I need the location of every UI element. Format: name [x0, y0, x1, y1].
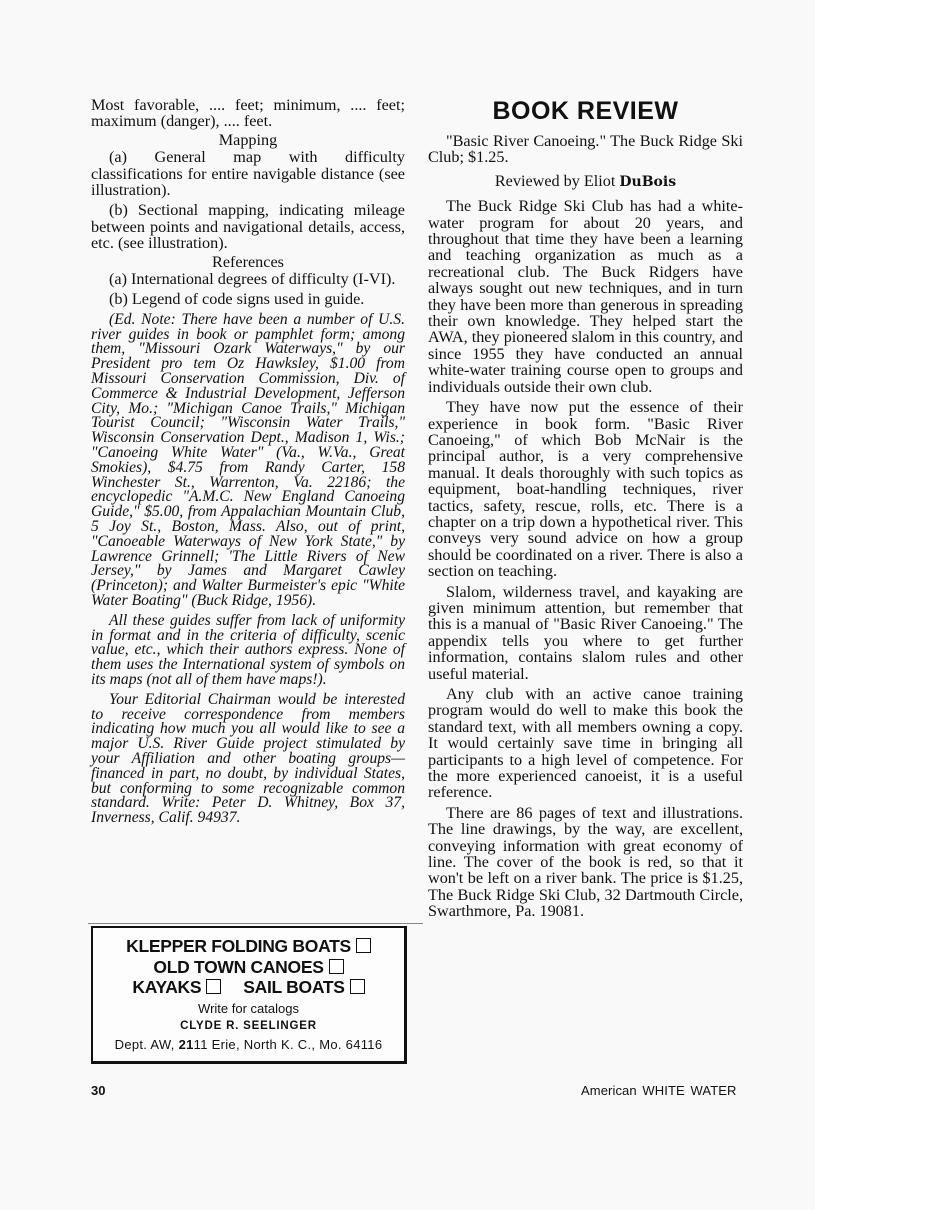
checkbox-icon: [329, 959, 344, 974]
references-item-a: (a) International degrees of difficulty …: [91, 271, 405, 287]
checkbox-icon: [356, 938, 371, 953]
ad-call-to-action: Write for catalogs: [93, 1000, 404, 1017]
page-number: 30: [91, 1083, 105, 1098]
mapping-item-a: (a) General map with difficulty classifi…: [91, 149, 405, 198]
mapping-item-b: (b) Sectional mapping, indicating mileag…: [91, 202, 405, 251]
review-paragraph: Any club with an active canoe training p…: [428, 686, 743, 801]
magazine-page: Most favorable, .... feet; minimum, ....…: [0, 0, 815, 1210]
review-paragraph: The Buck Ridge Ski Club has had a white-…: [428, 198, 743, 395]
ad-address: Dept. AW, 2111 Erie, North K. C., Mo. 64…: [93, 1035, 404, 1054]
editor-note-paragraph: Your Editorial Chairman would be interes…: [91, 693, 405, 826]
checkbox-icon: [350, 979, 365, 994]
book-review-column: BOOK REVIEW "Basic River Canoeing." The …: [428, 97, 743, 920]
ad-line-kayaks-sail: KAYAKSSAIL BOATS: [93, 977, 404, 998]
ad-dealer-name: CLYDE R. SEELINGER: [93, 1017, 404, 1035]
editor-note-paragraph: All these guides suffer from lack of uni…: [91, 614, 405, 688]
left-column: Most favorable, .... feet; minimum, ....…: [91, 97, 405, 826]
review-paragraph: Slalom, wilderness travel, and kayaking …: [428, 584, 743, 682]
column-divider-rule: [88, 923, 423, 924]
publication-name: American WHITE WATER: [581, 1083, 737, 1098]
review-paragraph: They have now put the essence of their e…: [428, 399, 743, 579]
ad-line-klepper: KLEPPER FOLDING BOATS: [93, 936, 404, 957]
editor-note: (Ed. Note: There have been a number of U…: [91, 313, 405, 826]
mapping-heading: Mapping: [91, 132, 405, 148]
book-citation: "Basic River Canoeing." The Buck Ridge S…: [428, 133, 743, 166]
reviewer-name: DuBois: [619, 174, 676, 190]
references-heading: References: [91, 254, 405, 270]
reviewer-line: Reviewed by Eliot DuBois: [428, 173, 743, 190]
checkbox-icon: [206, 979, 221, 994]
references-item-b: (b) Legend of code signs used in guide.: [91, 291, 405, 307]
editor-note-paragraph: (Ed. Note: There have been a number of U…: [91, 313, 405, 609]
flow-levels-text: Most favorable, .... feet; minimum, ....…: [91, 97, 405, 130]
ad-line-old-town: OLD TOWN CANOES: [93, 957, 404, 978]
advertisement-box: KLEPPER FOLDING BOATS OLD TOWN CANOES KA…: [91, 926, 407, 1064]
review-paragraph: There are 86 pages of text and illustrat…: [428, 805, 743, 920]
book-review-title: BOOK REVIEW: [428, 97, 743, 125]
